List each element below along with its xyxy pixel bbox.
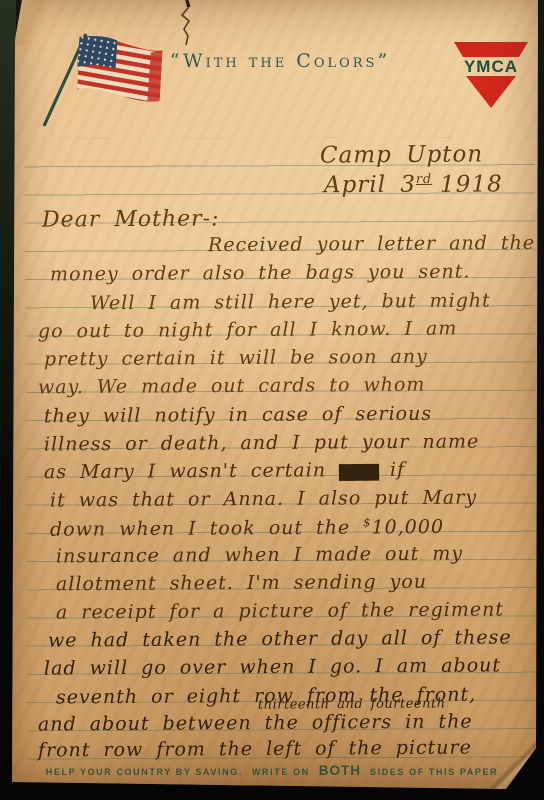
letter-line: down when I took out the $10,000 [50,515,444,541]
letter-line: allotment sheet. I'm sending you [56,571,427,596]
letter-line: Well I am still here yet, but might [90,290,491,315]
letter-line: a receipt for a picture of the regiment [56,598,504,623]
letter-line: front row from the left of the picture [38,736,472,761]
letter-text-segment: if [377,459,405,481]
letter-line: go out to night for all I know. I am [38,318,457,343]
letter-text-segment: way. We made out cards to whom [38,374,426,399]
letter-text-segment: front row from the left of the picture [38,736,472,761]
paper-tear [172,0,206,48]
letter-text-segment: and about between the officers in the [38,710,473,735]
letter-text-segment: insurance and when I made out my [56,543,463,568]
letter-date: April 3rd1918 [324,170,503,198]
footer-saving-text: HELP YOUR COUNTRY BY SAVING. [46,767,243,777]
stationery-title: “With the Colors” [150,50,410,72]
letter-line: illness or death, and I put your name [44,430,479,455]
scribbled-out-word: ▆▆▆ [339,459,377,481]
letter-line: way. We made out cards to whom [38,374,426,399]
ymca-label: YMCA [464,57,518,76]
date-text: April 3 [324,172,416,199]
letter-line: money order also the bags you sent. [50,261,471,286]
letter-text-segment: as Mary I wasn't certain [44,459,339,483]
date-ordinal-suffix: rd [416,171,432,186]
letter-text-segment: illness or death, and I put your name [44,430,479,455]
letter-line: it was that or Anna. I also put Mary [50,487,477,512]
letter-text-segment: down when I took out the [50,517,363,541]
letter-text-segment: 10,000 [371,516,444,539]
letter-text-segment: lad will go over when I go. I am about [44,654,501,679]
letter-text-segment: allotment sheet. I'm sending you [56,571,427,596]
letter-line: as Mary I wasn't certain ▆▆▆ if [44,459,405,484]
letter-text-segment: pretty certain it will be soon any [44,346,428,371]
ymca-triangle-logo: YMCA [450,38,532,112]
us-flag-icon [28,26,176,130]
letter-text-segment: Received your letter and the [208,232,535,256]
letter-text-segment: we had taken the other day all of these [48,626,512,651]
stationery-footer: HELP YOUR COUNTRY BY SAVING. WRITE ON BO… [0,763,544,778]
footer-both-text: BOTH [319,763,361,778]
letter-text-segment: it was that or Anna. I also put Mary [50,487,477,512]
date-year: 1918 [440,171,503,197]
letter-text-segment: Well I am still here yet, but might [90,290,491,315]
letter-salutation: Dear Mother-: [42,206,220,232]
letter-place: Camp Upton [320,141,483,168]
interlinear-insertion: thirteenth and fourteenth [258,696,446,712]
letter-text-segment: go out to night for all I know. I am [38,318,457,343]
letter-line: lad will go over when I go. I am about [44,654,501,679]
letter-text-segment: $ [363,515,371,529]
letter-line: insurance and when I made out my [56,543,463,568]
letter-line: they will notify in case of serious [44,403,432,428]
letter-text-segment: they will notify in case of serious [44,403,432,428]
letter-line: Received your letter and the [208,232,535,256]
footer-write-on-text: WRITE ON [252,767,310,777]
bottom-right-corner-fold [490,742,542,794]
letter-line: and about between the officers in the [38,710,473,735]
letter-text-segment: money order also the bags you sent. [50,261,471,286]
footer-rest-text: SIDES OF THIS PAPER [370,767,498,777]
letter-text-segment: a receipt for a picture of the regiment [56,598,504,623]
letter-line: we had taken the other day all of these [48,626,512,651]
letter-line: pretty certain it will be soon any [44,346,428,371]
letter-paper: “With the Colors” YMCA Camp Upton April … [0,0,544,800]
